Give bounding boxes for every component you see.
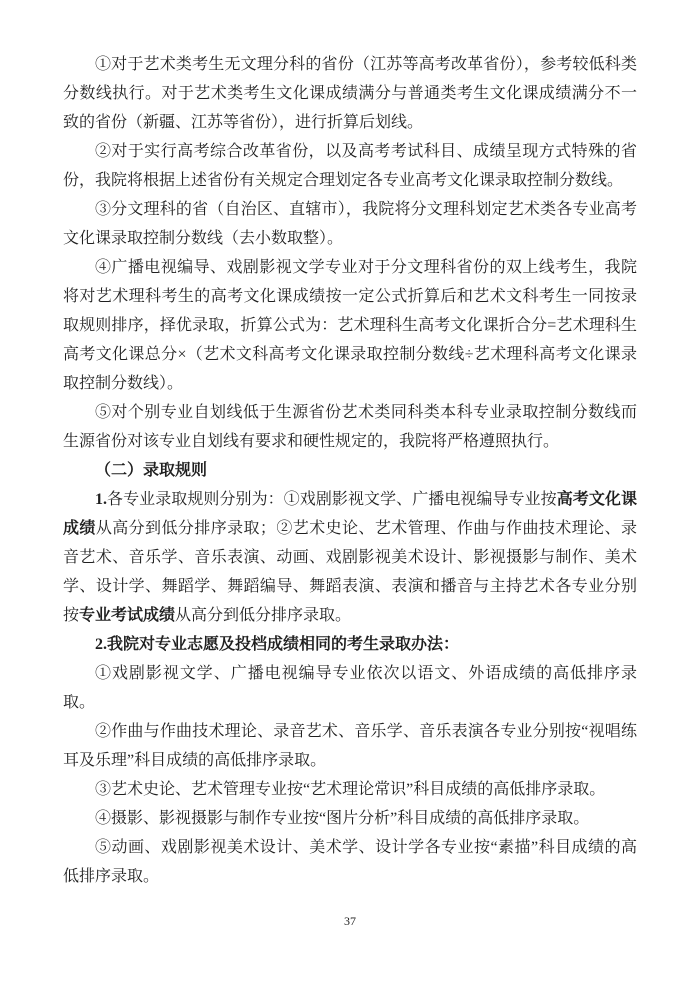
paragraph: ①戏剧影视文学、广播电视编导专业依次以语文、外语成绩的高低排序录取。 [63, 659, 637, 717]
text-run: ④广播电视编导、戏剧影视文学专业对于分文理科省份的双上线考生，我院将对艺术理科考… [63, 259, 637, 392]
text-run: 从高分到低分排序录取。 [175, 607, 351, 624]
paragraph: ④摄影、影视摄影与制作专业按“图片分析”科目成绩的高低排序录取。 [63, 804, 637, 833]
text-run: ④摄影、影视摄影与制作专业按“图片分析”科目成绩的高低排序录取。 [95, 810, 589, 827]
paragraph: 2.我院对专业志愿及投档成绩相同的考生录取办法： [63, 630, 637, 659]
document-body: ①对于艺术类考生无文理分科的省份（江苏等高考改革省份），参考较低科类分数线执行。… [63, 50, 637, 891]
text-run: ①戏剧影视文学、广播电视编导专业依次以语文、外语成绩的高低排序录取。 [63, 665, 637, 711]
section-heading: （二）录取规则 [63, 456, 637, 485]
paragraph: ④广播电视编导、戏剧影视文学专业对于分文理科省份的双上线考生，我院将对艺术理科考… [63, 253, 637, 398]
page-number: 37 [0, 913, 700, 929]
text-run: ②作曲与作曲技术理论、录音艺术、音乐学、音乐表演各专业分别按“视唱练耳及乐理”科… [63, 723, 637, 769]
paragraph: ③艺术史论、艺术管理专业按“艺术理论常识”科目成绩的高低排序录取。 [63, 775, 637, 804]
document-page: ①对于艺术类考生无文理分科的省份（江苏等高考改革省份），参考较低科类分数线执行。… [0, 0, 700, 990]
paragraph: 1.各专业录取规则分别为：①戏剧影视文学、广播电视编导专业按高考文化课成绩从高分… [63, 485, 637, 630]
paragraph: ③分文理科的省（自治区、直辖市），我院将分文理科划定艺术类各专业高考文化课录取控… [63, 195, 637, 253]
text-run: 各专业录取规则分别为：①戏剧影视文学、广播电视编导专业按 [107, 491, 557, 508]
paragraph: ②作曲与作曲技术理论、录音艺术、音乐学、音乐表演各专业分别按“视唱练耳及乐理”科… [63, 717, 637, 775]
text-run: ①对于艺术类考生无文理分科的省份（江苏等高考改革省份），参考较低科类分数线执行。… [63, 56, 637, 131]
paragraph: ①对于艺术类考生无文理分科的省份（江苏等高考改革省份），参考较低科类分数线执行。… [63, 50, 637, 137]
text-run: ③艺术史论、艺术管理专业按“艺术理论常识”科目成绩的高低排序录取。 [95, 781, 605, 798]
text-run: ⑤动画、戏剧影视美术设计、美术学、设计学各专业按“素描”科目成绩的高低排序录取。 [63, 839, 637, 885]
text-run: ③分文理科的省（自治区、直辖市），我院将分文理科划定艺术类各专业高考文化课录取控… [63, 201, 637, 247]
text-run: ②对于实行高考综合改革省份，以及高考考试科目、成绩呈现方式特殊的省份，我院将根据… [63, 143, 637, 189]
bold-text-run: （二）录取规则 [95, 462, 207, 479]
paragraph: ⑤动画、戏剧影视美术设计、美术学、设计学各专业按“素描”科目成绩的高低排序录取。 [63, 833, 637, 891]
paragraph: ②对于实行高考综合改革省份，以及高考考试科目、成绩呈现方式特殊的省份，我院将根据… [63, 137, 637, 195]
text-run: ⑤对个别专业自划线低于生源省份艺术类同科类本科专业录取控制分数线而生源省份对该专… [63, 404, 637, 450]
paragraph: ⑤对个别专业自划线低于生源省份艺术类同科类本科专业录取控制分数线而生源省份对该专… [63, 398, 637, 456]
bold-text-run: 专业考试成绩 [79, 607, 175, 624]
bold-text-run: 2.我院对专业志愿及投档成绩相同的考生录取办法： [95, 636, 459, 653]
bold-text-run: 1. [95, 491, 107, 508]
